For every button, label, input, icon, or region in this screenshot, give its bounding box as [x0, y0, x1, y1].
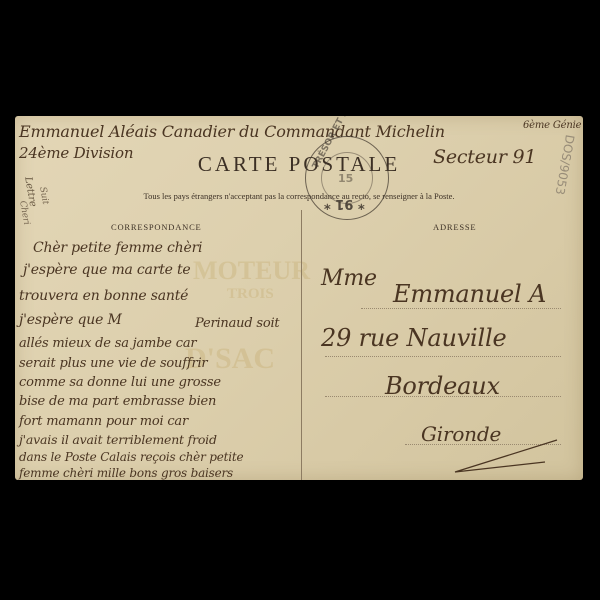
message-line: fort mamann pour moi car: [19, 414, 188, 429]
card-title: CARTE POSTALE: [15, 152, 583, 177]
message-line: j'espère que ma carte te: [23, 262, 190, 278]
flourish-underline: [435, 436, 565, 476]
margin-note-2: Suit: [37, 186, 50, 205]
message-line: Chèr petite femme chèri: [33, 240, 202, 256]
center-divider: [301, 210, 302, 480]
message-line: femme chèri mille bons gros baisers: [19, 466, 233, 480]
address-salutation: Mme: [321, 266, 377, 291]
sender-line: Emmanuel Aléais Canadier du Commandant M…: [19, 122, 445, 141]
message-line: trouvera en bonne santé: [19, 288, 188, 304]
ghost-print-2: TROIS: [227, 286, 274, 303]
message-line: j'avais il avait terriblement froid: [19, 432, 217, 447]
address-name: Emmanuel A: [393, 280, 546, 308]
message-line: serait plus une vie de souffrir: [19, 356, 207, 371]
message-line: j'espère que M: [19, 312, 122, 328]
message-line: comme sa donne lui une grosse: [19, 375, 221, 390]
address-street: 29 rue Nauville: [321, 324, 507, 352]
foreign-notice: Tous les pays étrangers n'acceptant pas …: [15, 191, 583, 201]
message-line: bise de ma part embrasse bien: [19, 394, 216, 409]
postmark-date: 15: [338, 172, 353, 185]
address-line-3: [325, 396, 561, 397]
message-line: allés mieux de sa jambe car: [19, 336, 196, 351]
address-label: ADRESSE: [433, 222, 476, 232]
postmark-number: * 91 *: [324, 196, 365, 211]
address-line-1: [361, 308, 561, 309]
correspondence-label: CORRESPONDANCE: [111, 222, 202, 232]
message-line: Perinaud soit: [195, 316, 279, 331]
message-line: dans le Poste Calais reçois chèr petite: [19, 450, 243, 464]
ghost-print-1: MOTEUR: [193, 256, 310, 286]
postcard: MOTEUR TROIS D'SAC Emmanuel Aléais Canad…: [15, 116, 583, 480]
sender-unit: 6ème Génie: [523, 120, 581, 131]
address-line-2: [325, 356, 561, 357]
